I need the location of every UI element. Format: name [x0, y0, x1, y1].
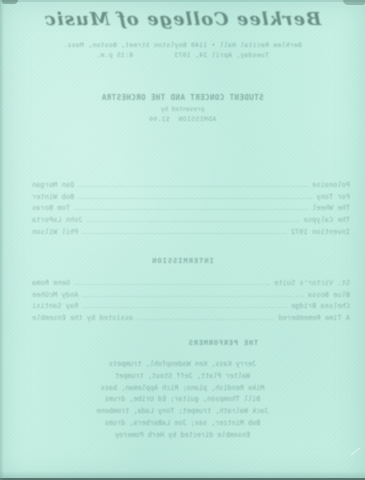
top-right-edge-blot	[343, 0, 365, 5]
piece-title: A Time Remembered	[278, 314, 350, 322]
performers-list: Jerry Kass, Ken Wadenpfohl, trumpets Wal…	[0, 359, 365, 442]
program-row: Polonaise Dan Morgan	[32, 181, 350, 193]
performer-line: Jack Walrath, trumpet; Tony Lada, trombo…	[0, 406, 365, 418]
dot-leader	[82, 233, 287, 234]
dot-leader	[78, 186, 308, 187]
top-scan-edge	[0, 0, 365, 2]
dot-leader	[82, 296, 303, 297]
performer-line: Bob Mintzer, sax; Joe LaBarbera, drums	[0, 418, 365, 430]
performer-line: Jerry Kass, Ken Wadenpfohl, trumpets	[0, 359, 365, 371]
performer-name: John LaPorta	[32, 216, 83, 224]
performer-name: assisted by the Ensemble	[32, 314, 133, 322]
performers-heading: THE PERFORMERS	[141, 339, 305, 347]
berklee-logo-text: Berklee College of Music	[0, 9, 365, 30]
top-left-edge-blot	[2, 0, 18, 4]
left-scan-edge	[0, 0, 4, 480]
date-time-line: Tuesday, April 24, 1973 8:15 p.m.	[0, 51, 365, 59]
dot-leader	[74, 209, 308, 210]
concert-title: STUDENT CONCERT AND THE ORCHESTRA	[0, 93, 365, 102]
piece-title: The Wheel	[312, 204, 350, 212]
performer-name: Ray Santisi	[32, 302, 78, 310]
dot-leader	[82, 307, 287, 308]
dot-leader	[74, 284, 270, 285]
program-part-2: St. Victor's Suite Gene Roma Blue Bossa …	[32, 279, 350, 326]
performer-name: Bob Winter	[32, 193, 74, 201]
piece-title: Invention 1972	[291, 228, 350, 236]
piece-title: The Calypso	[304, 216, 350, 224]
program-row: The Wheel Tom Boras	[32, 204, 350, 216]
piece-title: Blue Bossa	[308, 291, 350, 299]
performer-name: Tom Boras	[32, 204, 70, 212]
dot-leader	[137, 319, 274, 320]
performer-name: Dan Morgan	[32, 181, 74, 189]
performer-line: Bill Thompson, guitar; Ed Uribe, drums	[0, 394, 365, 406]
performer-line: Walter Platt, Jeff Stout, trumpet	[0, 371, 365, 383]
program-row: St. Victor's Suite Gene Roma	[32, 279, 350, 291]
performer-name: Andy McGhee	[32, 291, 78, 299]
piece-title: For Tony	[316, 193, 350, 201]
admission-line: ADMISSION $2.00	[0, 115, 365, 123]
address-line: Berklee Recital Hall • 1140 Boylston Str…	[0, 41, 365, 49]
program-row: Invention 1972 Phil Wilson	[32, 228, 350, 240]
piece-title: Polonaise	[312, 181, 350, 189]
scanned-page-back: Berklee College of Music Berklee Recital…	[0, 0, 365, 480]
performer-name: Phil Wilson	[32, 228, 78, 236]
program-row: Blue Bossa Andy McGhee	[32, 291, 350, 303]
program-row: Chelsea Bridge Ray Santisi	[32, 302, 350, 314]
program-row: A Time Remembered assisted by the Ensemb…	[32, 314, 350, 326]
performer-name: Gene Roma	[32, 279, 70, 287]
piece-title: St. Victor's Suite	[274, 279, 350, 287]
intermission-label: INTERMISSION	[0, 257, 365, 265]
dot-leader	[87, 221, 300, 222]
performer-line: Mike Rendish, piano; Rich Appleman, bass	[0, 383, 365, 395]
performer-line: Ensemble directed by Herb Pomeroy	[0, 430, 365, 442]
program-row: The Calypso John LaPorta	[32, 216, 350, 228]
program-row: For Tony Bob Winter	[32, 193, 350, 205]
bottom-edge-fade	[0, 471, 365, 478]
piece-title: Chelsea Bridge	[291, 302, 350, 310]
concert-subtitle: presented by	[0, 106, 365, 113]
program-part-1: Polonaise Dan Morgan For Tony Bob Winter…	[32, 181, 350, 239]
dot-leader	[78, 198, 312, 199]
mirrored-bleed-through-print: Berklee College of Music Berklee Recital…	[0, 0, 365, 480]
